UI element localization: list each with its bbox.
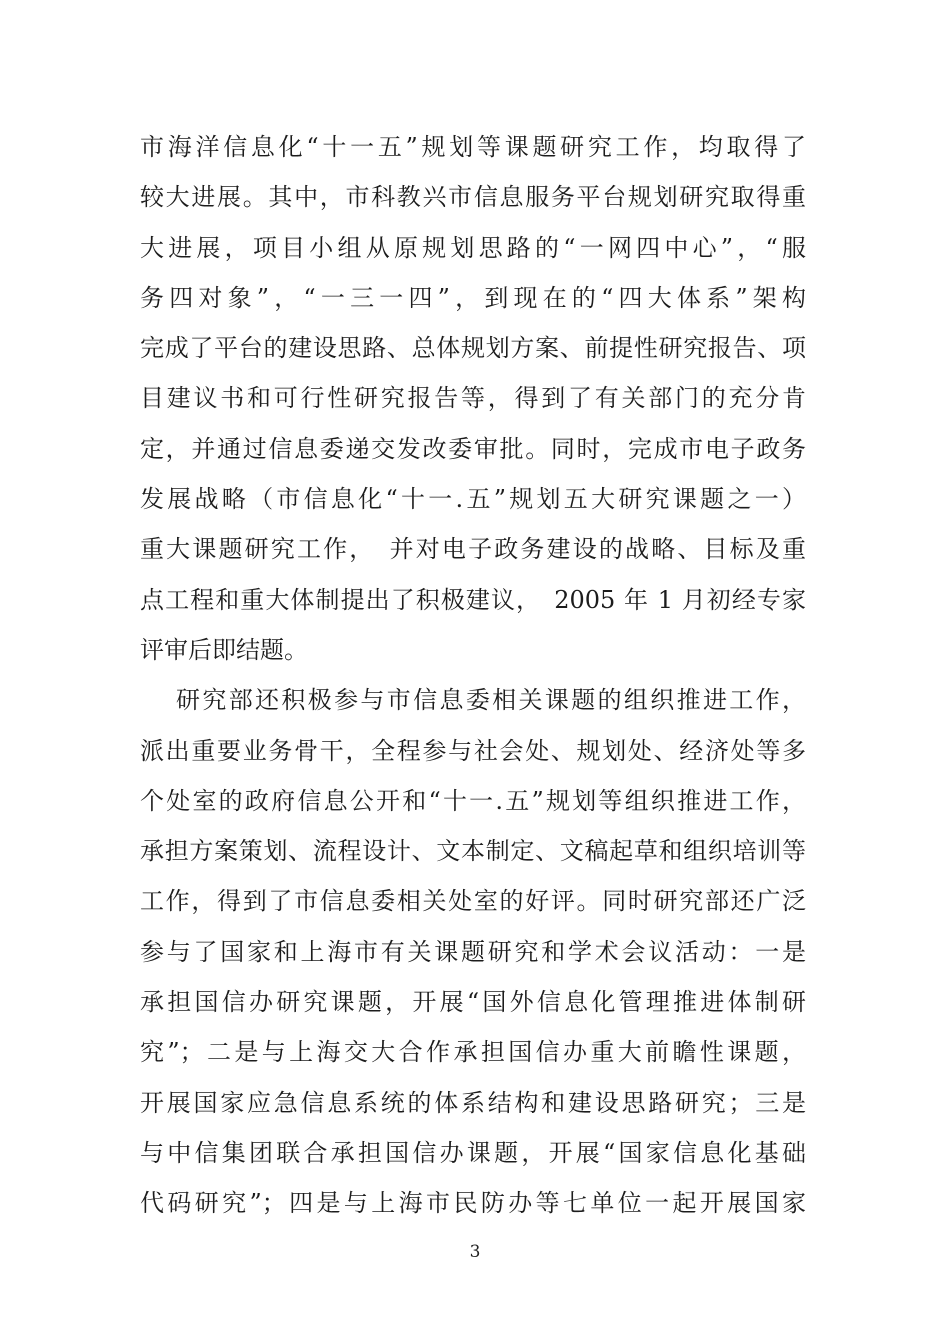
text-line: 代码研究”；四是与上海市民防办等七单位一起开展国家 bbox=[140, 1178, 806, 1228]
page-number: 3 bbox=[0, 1242, 950, 1262]
text-line: 市海洋信息化“十一五”规划等课题研究工作，均取得了 bbox=[140, 122, 806, 172]
document-body: 市海洋信息化“十一五”规划等课题研究工作，均取得了较大进展。其中，市科教兴市信息… bbox=[140, 122, 806, 1229]
document-page: 市海洋信息化“十一五”规划等课题研究工作，均取得了较大进展。其中，市科教兴市信息… bbox=[0, 0, 950, 1344]
text-line: 大进展，项目小组从原规划思路的“一网四中心”，“服 bbox=[140, 223, 806, 273]
text-line: 个处室的政府信息公开和“十一.五”规划等组织推进工作， bbox=[140, 776, 806, 826]
text-line: 重大课题研究工作， 并对电子政务建设的战略、目标及重 bbox=[140, 524, 806, 574]
text-line: 参与了国家和上海市有关课题研究和学术会议活动：一是 bbox=[140, 927, 806, 977]
text-line: 承担国信办研究课题，开展“国外信息化管理推进体制研 bbox=[140, 977, 806, 1027]
text-line: 完成了平台的建设思路、总体规划方案、前提性研究报告、项 bbox=[140, 323, 806, 373]
text-line: 发展战略（市信息化“十一.五”规划五大研究课题之一） bbox=[140, 474, 806, 524]
text-line: 较大进展。其中，市科教兴市信息服务平台规划研究取得重 bbox=[140, 172, 806, 222]
text-line: 与中信集团联合承担国信办课题，开展“国家信息化基础 bbox=[140, 1128, 806, 1178]
text-line: 开展国家应急信息系统的体系结构和建设思路研究；三是 bbox=[140, 1078, 806, 1128]
text-line: 定，并通过信息委递交发改委审批。同时，完成市电子政务 bbox=[140, 424, 806, 474]
text-line: 务四对象”，“一三一四”，到现在的“四大体系”架构 bbox=[140, 273, 806, 323]
text-line: 目建议书和可行性研究报告等，得到了有关部门的充分肯 bbox=[140, 373, 806, 423]
text-line: 究”；二是与上海交大合作承担国信办重大前瞻性课题， bbox=[140, 1027, 806, 1077]
text-line: 评审后即结题。 bbox=[140, 625, 806, 675]
text-line: 点工程和重大体制提出了积极建议， 2005 年 1 月初经专家 bbox=[140, 575, 806, 625]
text-line: 工作，得到了市信息委相关处室的好评。同时研究部还广泛 bbox=[140, 876, 806, 926]
text-line: 承担方案策划、流程设计、文本制定、文稿起草和组织培训等 bbox=[140, 826, 806, 876]
text-line: 研究部还积极参与市信息委相关课题的组织推进工作， bbox=[140, 675, 806, 725]
text-line: 派出重要业务骨干，全程参与社会处、规划处、经济处等多 bbox=[140, 726, 806, 776]
